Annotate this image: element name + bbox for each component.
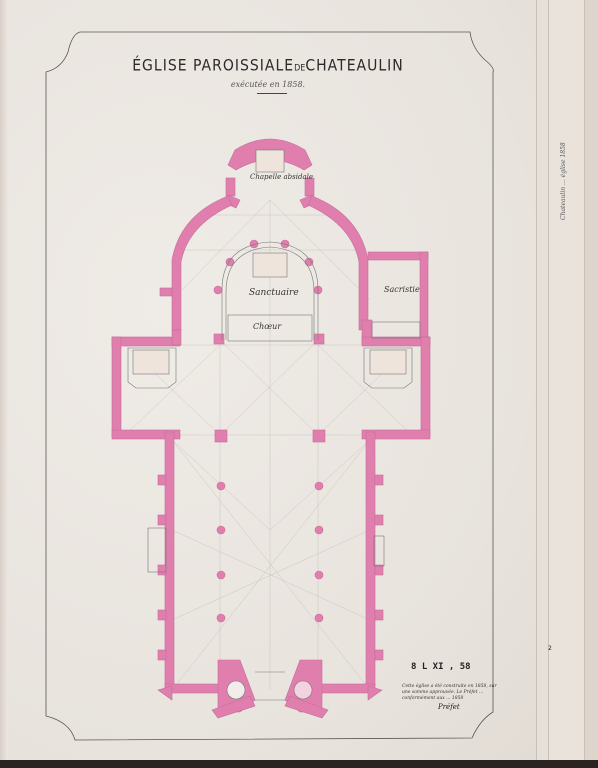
archive-reference: 8 L XI , 58 bbox=[411, 662, 471, 672]
label-choeur: Chœur bbox=[253, 322, 281, 331]
scan-bottom-edge bbox=[0, 760, 598, 768]
label-sanctuaire: Sanctuaire bbox=[249, 288, 299, 298]
walls bbox=[112, 139, 430, 718]
church-floor-plan bbox=[0, 0, 598, 768]
page-number: 2 bbox=[548, 645, 552, 652]
margin-note: Chateaulin ... église 1858 bbox=[560, 60, 572, 220]
handwritten-annotation: Cette église a été construite en 1858, s… bbox=[402, 684, 497, 702]
signature: Préfet bbox=[438, 703, 460, 711]
label-chapelle-absidale: Chapelle absidale bbox=[250, 173, 313, 181]
label-sacristie: Sacristie bbox=[384, 285, 420, 294]
